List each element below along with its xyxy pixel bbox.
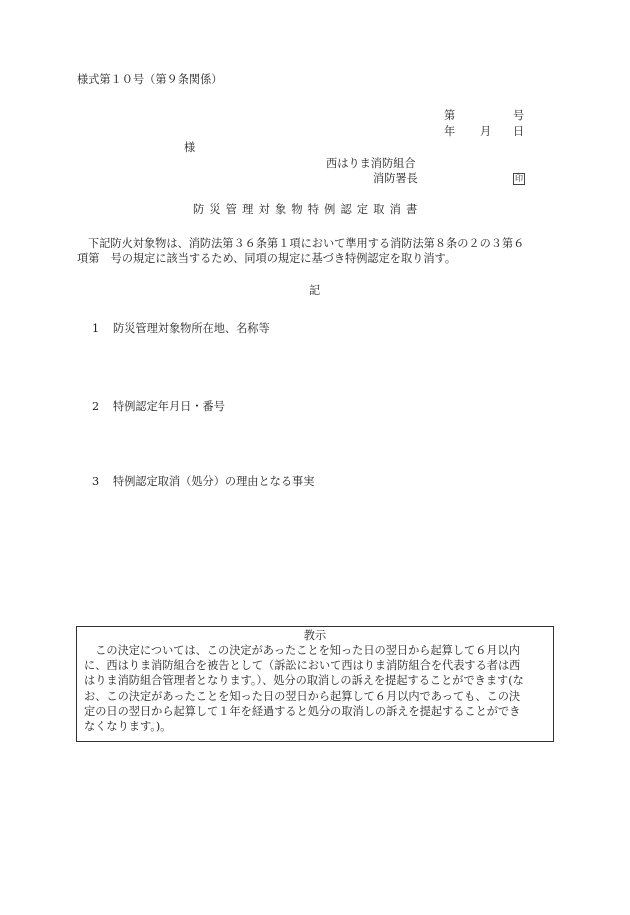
item-2-label: 特例認定年月日・番号 [113,400,225,414]
notice-line: この決定については、この決定があったことを知った日の翌日から起算して６月以内 [84,643,547,658]
item-3-number: 3 [92,475,99,489]
notice-heading: 教示 [77,629,553,643]
body-line-1: 下記防火対象物は、消防法第３６条第１項において準用する消防法第８条の２の３第６ [88,237,524,251]
notice-line: お、この決定があったことを知った日の翌日から起算して６月以内であっても、この決 [84,689,547,704]
year-label: 年 [444,125,455,139]
issuer-title: 消防署長 [373,172,418,186]
notice-line: に、西はりま消防組合を被告として（訴訟において西はりま消防組合を代表する者は西 [84,658,547,673]
body-line-2: 項第 号の規定に該当するため、同項の規定に基づき特例認定を取り消す。 [77,252,456,266]
number-suffix: 号 [513,109,524,123]
addressee-suffix: 様 [184,141,195,155]
item-3-label: 特例認定取消（処分）の理由となる事実 [113,475,314,489]
item-1-label: 防災管理対象物所在地、名称等 [113,322,270,336]
notice-line: 定の日の翌日から起算して１年を経過すると処分の取消しの訴えを提起することができ [84,704,547,719]
ki-label: 記 [309,284,320,298]
month-label: 月 [480,125,491,139]
seal-icon: 印 [513,172,525,186]
notice-line: はりま消防組合管理者となります。）、処分の取消しの訴えを提起することができます(… [84,673,547,688]
item-2-number: 2 [92,400,99,414]
day-label: 日 [513,125,524,139]
notice-line: なくなります。)。 [84,719,547,734]
issuer-org: 西はりま消防組合 [326,157,416,171]
notice-body: この決定については、この決定があったことを知った日の翌日から起算して６月以内 に… [84,643,547,734]
form-label: 様式第１０号（第９条関係） [77,73,222,87]
notice-box: 教示 この決定については、この決定があったことを知った日の翌日から起算して６月以… [76,626,554,742]
item-1-number: 1 [92,322,99,336]
number-prefix: 第 [444,109,455,123]
document-title: 防災管理対象物特例認定取消書 [193,203,422,217]
